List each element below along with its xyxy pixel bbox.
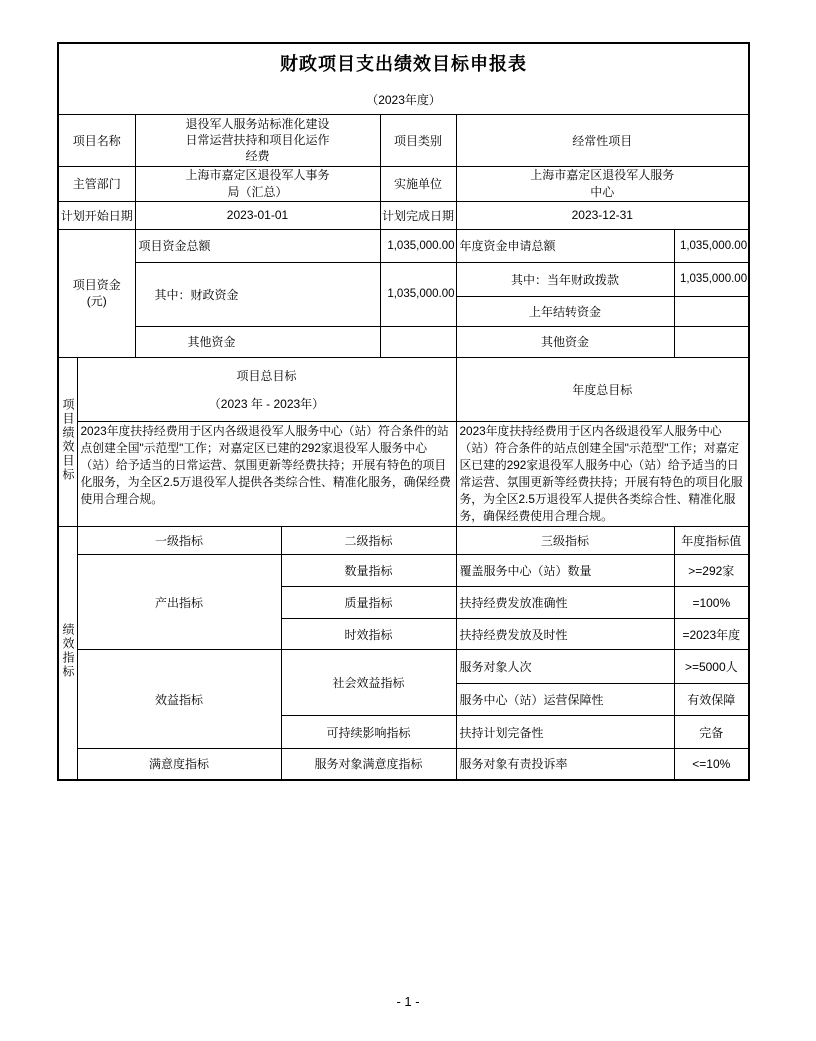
unit-label: 实施单位	[380, 166, 456, 201]
form-title: 财政项目支出绩效目标申报表	[60, 50, 747, 76]
indicator-level2-satisfaction: 服务对象满意度指标	[281, 749, 456, 780]
indicators-section-label-cell: 绩效指标	[58, 527, 77, 780]
start-date-value: 2023-01-01	[135, 201, 380, 229]
funds-annual-label: 年度资金申请总额	[456, 229, 674, 262]
overall-goal-header-line2: （2023 年 - 2023年）	[79, 395, 455, 412]
funds-other-left-value	[380, 326, 456, 357]
annual-goal-text: 2023年度扶持经费用于区内各级退役军人服务中心（站）符合条件的站点创建全国"示…	[456, 421, 749, 527]
goals-section-label: 项目绩效目标	[61, 398, 74, 482]
overall-goal-text: 2023年度扶持经费用于区内各级退役军人服务中心（站）符合条件的站点创建全国"示…	[77, 421, 456, 527]
indicators-header-level1: 一级指标	[77, 527, 281, 555]
goals-section-label-cell: 项目绩效目标	[58, 357, 77, 527]
overall-goal-header-line1: 项目总目标	[79, 367, 455, 384]
indicator-level2-quality: 质量指标	[281, 587, 456, 619]
indicator-level2-timeliness: 时效指标	[281, 619, 456, 650]
indicator-level3: 服务中心（站）运营保障性	[456, 684, 674, 716]
indicator-level3: 覆盖服务中心（站）数量	[456, 555, 674, 587]
funds-fiscal-label: 其中：财政资金	[135, 262, 380, 326]
funds-current-appropriation-value: 1,035,000.00	[674, 262, 749, 296]
funds-section-label: 项目资金 (元)	[58, 229, 135, 357]
indicator-value: =100%	[674, 587, 749, 619]
overall-goal-header: 项目总目标 （2023 年 - 2023年）	[77, 357, 456, 421]
end-date-label: 计划完成日期	[380, 201, 456, 229]
declaration-form-table: 财政项目支出绩效目标申报表 （2023年度） 项目名称 退役军人服务站标准化建设…	[57, 42, 750, 781]
indicator-value: 有效保障	[674, 684, 749, 716]
indicator-value: >=292家	[674, 555, 749, 587]
funds-fiscal-value: 1,035,000.00	[380, 262, 456, 326]
indicator-level2-social-benefit: 社会效益指标	[281, 650, 456, 716]
dept-label: 主管部门	[58, 166, 135, 201]
funds-other-right-value	[674, 326, 749, 357]
indicator-level3: 扶持计划完备性	[456, 716, 674, 749]
indicator-level3: 扶持经费发放准确性	[456, 587, 674, 619]
document-page: 财政项目支出绩效目标申报表 （2023年度） 项目名称 退役军人服务站标准化建设…	[0, 0, 816, 1041]
unit-value: 上海市嘉定区退役军人服务 中心	[456, 166, 749, 201]
form-subtitle: （2023年度）	[60, 91, 747, 108]
end-date-value: 2023-12-31	[456, 201, 749, 229]
project-type-value: 经常性项目	[456, 114, 749, 166]
indicator-value: =2023年度	[674, 619, 749, 650]
funds-current-appropriation-label: 其中：当年财政拨款	[456, 262, 674, 296]
indicator-level1-benefit: 效益指标	[77, 650, 281, 749]
indicators-header-level2: 二级指标	[281, 527, 456, 555]
annual-goal-header: 年度总目标	[456, 357, 749, 421]
indicator-level3: 服务对象人次	[456, 650, 674, 684]
indicator-level1-output: 产出指标	[77, 555, 281, 650]
start-date-label: 计划开始日期	[58, 201, 135, 229]
project-type-label: 项目类别	[380, 114, 456, 166]
form-title-cell: 财政项目支出绩效目标申报表 （2023年度）	[58, 43, 749, 114]
funds-carryover-value	[674, 296, 749, 326]
table-row: 产出指标 数量指标 覆盖服务中心（站）数量 >=292家	[58, 555, 749, 587]
indicator-value: >=5000人	[674, 650, 749, 684]
table-row: 满意度指标 服务对象满意度指标 服务对象有责投诉率 <=10%	[58, 749, 749, 780]
indicators-header-value: 年度指标值	[674, 527, 749, 555]
indicator-level3: 服务对象有责投诉率	[456, 749, 674, 780]
page-number: - 1 -	[0, 994, 816, 1009]
funds-annual-value: 1,035,000.00	[674, 229, 749, 262]
indicators-section-label: 绩效指标	[61, 623, 74, 679]
indicators-header-level3: 三级指标	[456, 527, 674, 555]
project-name-value: 退役军人服务站标准化建设 日常运营扶持和项目化运作 经费	[135, 114, 380, 166]
funds-total-label: 项目资金总额	[135, 229, 380, 262]
indicator-level1-satisfaction: 满意度指标	[77, 749, 281, 780]
indicator-level2-quantity: 数量指标	[281, 555, 456, 587]
funds-total-value: 1,035,000.00	[380, 229, 456, 262]
funds-other-left-label: 其他资金	[135, 326, 380, 357]
table-row: 效益指标 社会效益指标 服务对象人次 >=5000人	[58, 650, 749, 684]
indicator-level2-sustainability: 可持续影响指标	[281, 716, 456, 749]
indicator-value: <=10%	[674, 749, 749, 780]
indicator-level3: 扶持经费发放及时性	[456, 619, 674, 650]
indicator-value: 完备	[674, 716, 749, 749]
funds-other-right-label: 其他资金	[456, 326, 674, 357]
dept-value: 上海市嘉定区退役军人事务 局（汇总）	[135, 166, 380, 201]
project-name-label: 项目名称	[58, 114, 135, 166]
funds-carryover-label: 上年结转资金	[456, 296, 674, 326]
